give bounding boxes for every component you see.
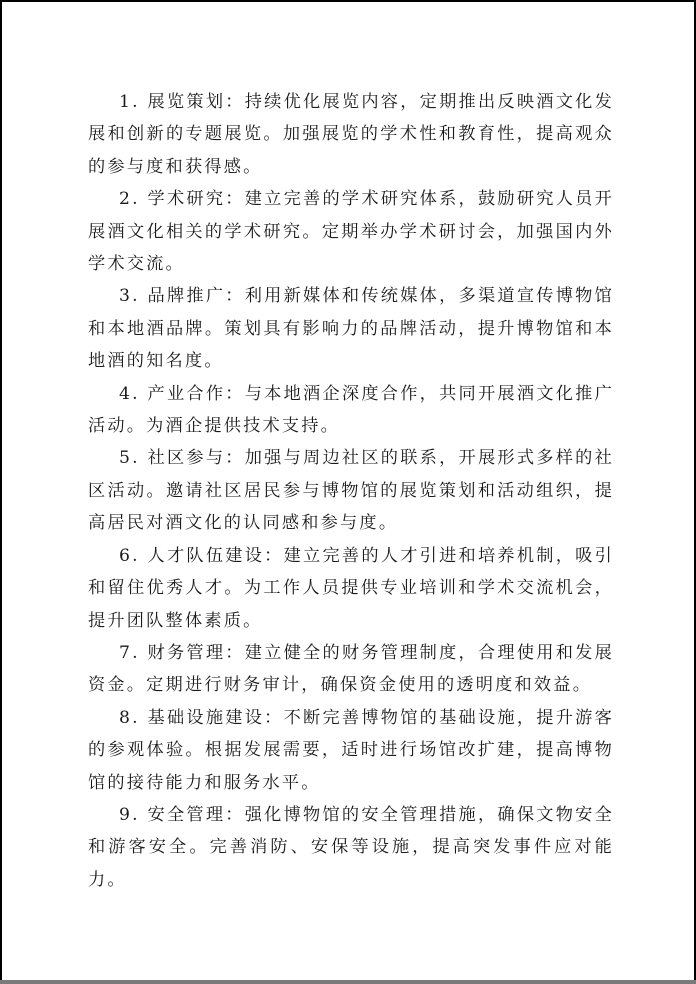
document-page: 1. 展览策划：持续优化展览内容，定期推出反映酒文化发展和创新的专题展览。加强展… — [0, 0, 696, 980]
paragraph-community-participation: 5. 社区参与：加强与周边社区的联系，开展形式多样的社区活动。邀请社区居民参与博… — [88, 442, 614, 539]
document-body: 1. 展览策划：持续优化展览内容，定期推出反映酒文化发展和创新的专题展览。加强展… — [88, 86, 614, 896]
paragraph-financial-management: 7. 财务管理：建立健全的财务管理制度，合理使用和发展资金。定期进行财务审计，确… — [88, 637, 614, 702]
paragraph-infrastructure: 8. 基础设施建设：不断完善博物馆的基础设施，提升游客的参观体验。根据发展需要，… — [88, 702, 614, 799]
paragraph-academic-research: 2. 学术研究：建立完善的学术研究体系，鼓励研究人员开展酒文化相关的学术研究。定… — [88, 183, 614, 280]
paragraph-industry-cooperation: 4. 产业合作：与本地酒企深度合作，共同开展酒文化推广活动。为酒企提供技术支持。 — [88, 378, 614, 443]
page-bottom-edge — [0, 980, 696, 984]
paragraph-brand-promotion: 3. 品牌推广：利用新媒体和传统媒体，多渠道宣传博物馆和本地酒品牌。策划具有影响… — [88, 280, 614, 377]
paragraph-talent-building: 6. 人才队伍建设：建立完善的人才引进和培养机制，吸引和留住优秀人才。为工作人员… — [88, 540, 614, 637]
paragraph-safety-management: 9. 安全管理：强化博物馆的安全管理措施，确保文物安全和游客安全。完善消防、安保… — [88, 799, 614, 896]
paragraph-exhibition-planning: 1. 展览策划：持续优化展览内容，定期推出反映酒文化发展和创新的专题展览。加强展… — [88, 86, 614, 183]
